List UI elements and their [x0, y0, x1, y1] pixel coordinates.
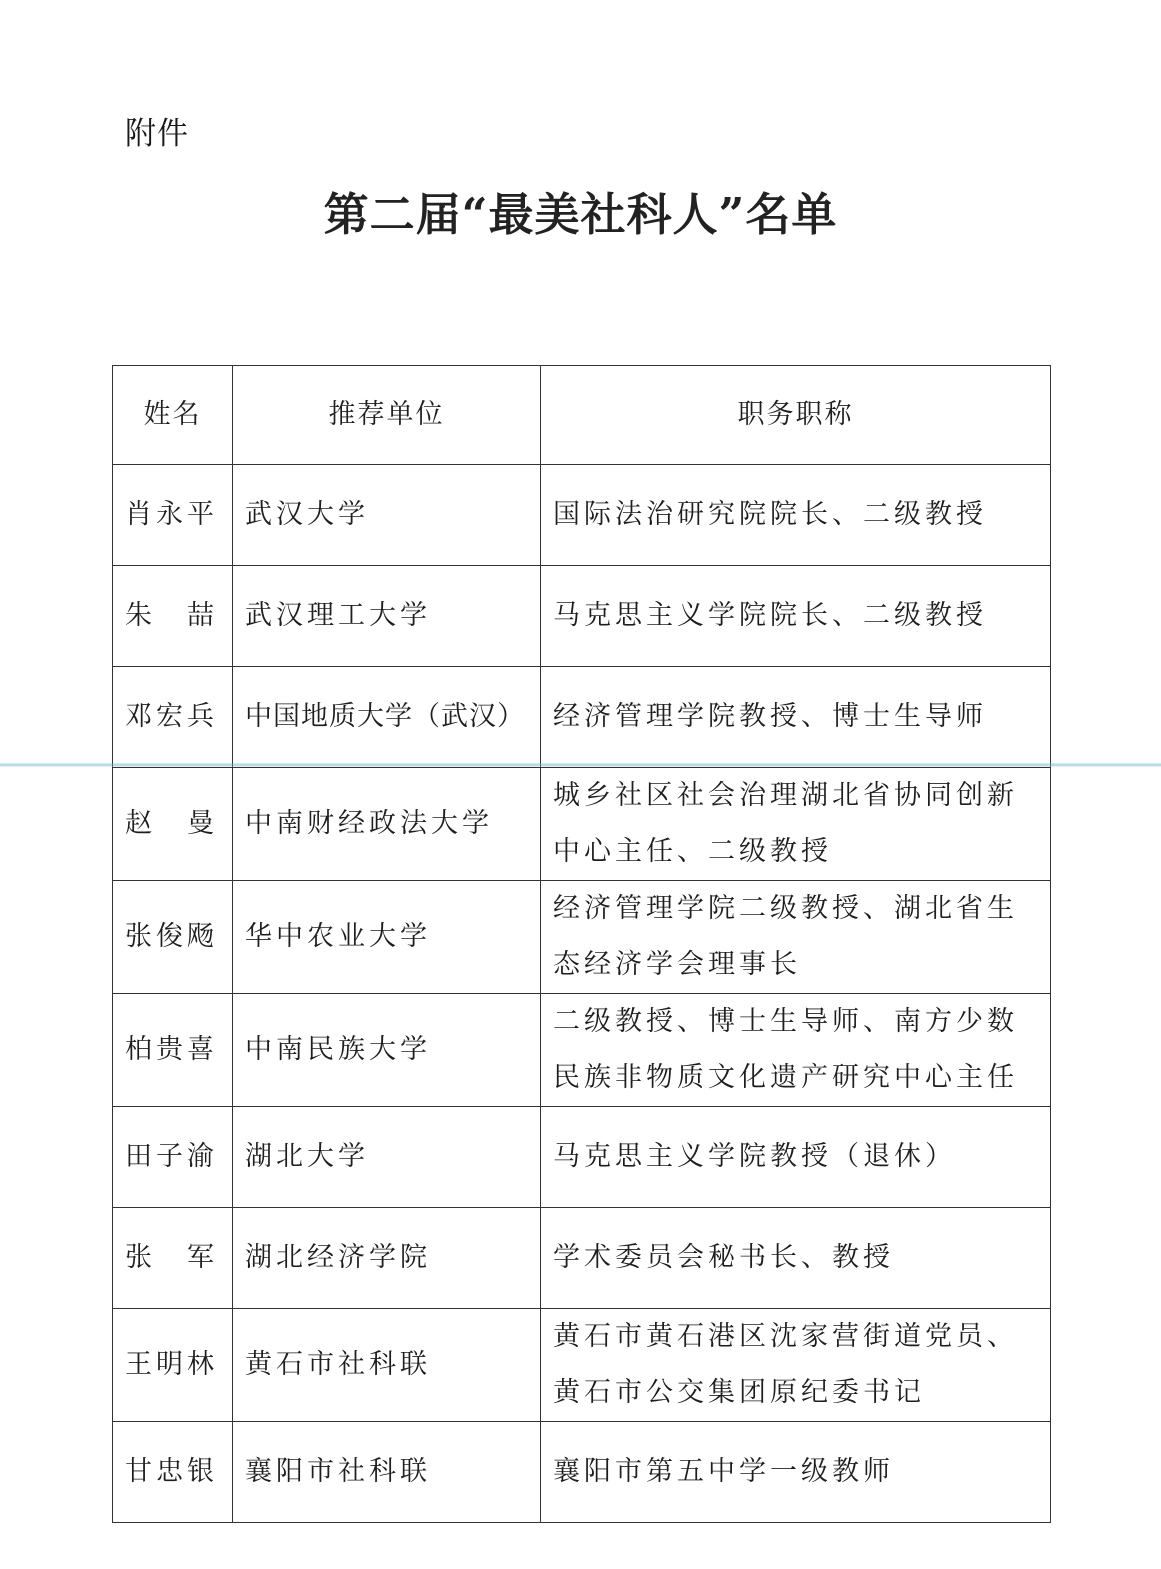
cell-position: 学术委员会秘书长、教授 — [541, 1208, 1051, 1309]
cell-unit: 中南民族大学 — [233, 994, 541, 1107]
cell-unit: 襄阳市社科联 — [233, 1422, 541, 1523]
cell-name: 柏贵喜 — [113, 994, 233, 1107]
cell-name: 赵 曼 — [113, 768, 233, 881]
attachment-label: 附件 — [125, 108, 189, 153]
cell-unit: 黄石市社科联 — [233, 1309, 541, 1422]
cell-unit: 华中农业大学 — [233, 881, 541, 994]
cell-unit: 湖北大学 — [233, 1107, 541, 1208]
honoree-table: 姓名 推荐单位 职务职称 肖永平 武汉大学 国际法治研究院院长、二级教授 朱 喆… — [112, 365, 1051, 1523]
cell-position: 黄石市黄石港区沈家营街道党员、黄石市公交集团原纪委书记 — [541, 1309, 1051, 1422]
cell-position: 马克思主义学院教授（退休） — [541, 1107, 1051, 1208]
table-row: 田子渝 湖北大学 马克思主义学院教授（退休） — [113, 1107, 1051, 1208]
table-row: 甘忠银 襄阳市社科联 襄阳市第五中学一级教师 — [113, 1422, 1051, 1523]
cell-unit: 湖北经济学院 — [233, 1208, 541, 1309]
cell-unit: 中国地质大学（武汉） — [233, 667, 541, 768]
cell-name: 甘忠银 — [113, 1422, 233, 1523]
cell-position: 马克思主义学院院长、二级教授 — [541, 566, 1051, 667]
cell-name: 张俊飏 — [113, 881, 233, 994]
table-row: 赵 曼 中南财经政法大学 城乡社区社会治理湖北省协同创新中心主任、二级教授 — [113, 768, 1051, 881]
cell-name: 邓宏兵 — [113, 667, 233, 768]
cell-name: 朱 喆 — [113, 566, 233, 667]
header-position: 职务职称 — [541, 366, 1051, 465]
table-row: 王明林 黄石市社科联 黄石市黄石港区沈家营街道党员、黄石市公交集团原纪委书记 — [113, 1309, 1051, 1422]
cell-unit: 武汉理工大学 — [233, 566, 541, 667]
cell-name: 王明林 — [113, 1309, 233, 1422]
cell-position: 经济管理学院二级教授、湖北省生态经济学会理事长 — [541, 881, 1051, 994]
table-row: 张 军 湖北经济学院 学术委员会秘书长、教授 — [113, 1208, 1051, 1309]
cell-name: 肖永平 — [113, 465, 233, 566]
cell-unit: 中南财经政法大学 — [233, 768, 541, 881]
cell-name: 张 军 — [113, 1208, 233, 1309]
table-header-row: 姓名 推荐单位 职务职称 — [113, 366, 1051, 465]
cell-position: 城乡社区社会治理湖北省协同创新中心主任、二级教授 — [541, 768, 1051, 881]
header-name: 姓名 — [113, 366, 233, 465]
cell-position: 国际法治研究院院长、二级教授 — [541, 465, 1051, 566]
header-unit: 推荐单位 — [233, 366, 541, 465]
cell-position: 襄阳市第五中学一级教师 — [541, 1422, 1051, 1523]
cell-position: 经济管理学院教授、博士生导师 — [541, 667, 1051, 768]
cell-position: 二级教授、博士生导师、南方少数民族非物质文化遗产研究中心主任 — [541, 994, 1051, 1107]
table-row: 柏贵喜 中南民族大学 二级教授、博士生导师、南方少数民族非物质文化遗产研究中心主… — [113, 994, 1051, 1107]
cell-unit: 武汉大学 — [233, 465, 541, 566]
table-row: 张俊飏 华中农业大学 经济管理学院二级教授、湖北省生态经济学会理事长 — [113, 881, 1051, 994]
table-row: 肖永平 武汉大学 国际法治研究院院长、二级教授 — [113, 465, 1051, 566]
table-row: 邓宏兵 中国地质大学（武汉） 经济管理学院教授、博士生导师 — [113, 667, 1051, 768]
cell-name: 田子渝 — [113, 1107, 233, 1208]
table-row: 朱 喆 武汉理工大学 马克思主义学院院长、二级教授 — [113, 566, 1051, 667]
document-title: 第二届“最美社科人”名单 — [0, 178, 1161, 243]
